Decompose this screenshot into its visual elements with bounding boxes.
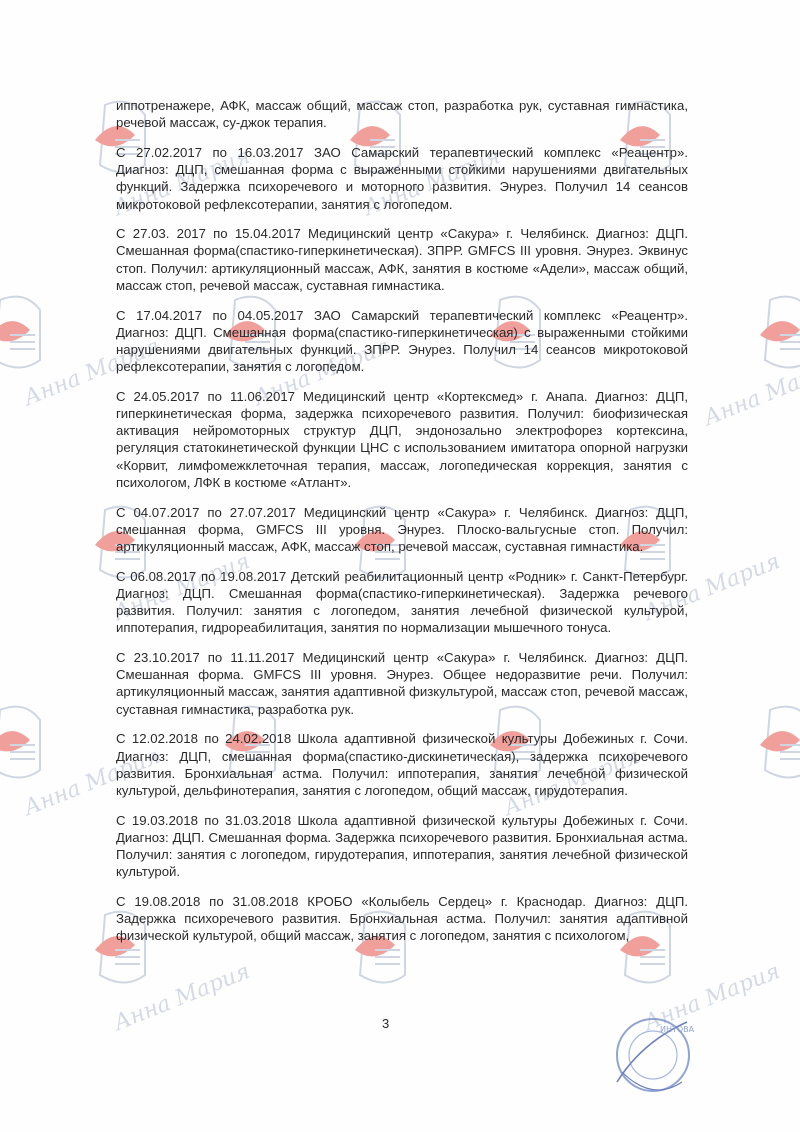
- watermark-logo-icon: [750, 290, 800, 410]
- document-page: Анна Мария Анна Мария Анна Мария Анна Ма…: [0, 0, 800, 1132]
- treatment-entry: С 27.03. 2017 по 15.04.2017 Медицинский …: [116, 225, 688, 294]
- treatment-entry: С 12.02.2018 по 24.02.2018 Школа адаптив…: [116, 730, 688, 799]
- paragraph-continuation: иппотренажере, АФК, массаж общий, массаж…: [116, 97, 688, 131]
- treatment-entry: С 06.08.2017 по 19.08.2017 Детский реаби…: [116, 568, 688, 637]
- round-seal-stamp-icon: ИНТОВА: [612, 1012, 694, 1098]
- watermark-logo-icon: [750, 700, 800, 820]
- treatment-entry: С 27.02.2017 по 16.03.2017 ЗАО Самарский…: [116, 144, 688, 213]
- watermark-text: Анна Мария: [701, 354, 800, 431]
- document-body: иппотренажере, АФК, массаж общий, массаж…: [116, 97, 688, 957]
- treatment-entry: С 04.07.2017 по 27.07.2017 Медицинский ц…: [116, 504, 688, 556]
- treatment-entry: С 24.05.2017 по 11.06.2017 Медицинский ц…: [116, 388, 688, 491]
- watermark-text: Анна Мария: [111, 959, 254, 1036]
- watermark-logo-icon: [0, 290, 70, 410]
- svg-text:ИНТОВА: ИНТОВА: [660, 1025, 694, 1034]
- page-number: 3: [382, 1016, 389, 1031]
- treatment-entry: С 23.10.2017 по 11.11.2017 Медицинский ц…: [116, 649, 688, 718]
- watermark-logo-icon: [0, 700, 70, 820]
- treatment-entry: С 17.04.2017 по 04.05.2017 ЗАО Самарский…: [116, 307, 688, 376]
- treatment-entry: С 19.03.2018 по 31.03.2018 Школа адаптив…: [116, 812, 688, 881]
- treatment-entry: С 19.08.2018 по 31.08.2018 КРОБО «Колыбе…: [116, 893, 688, 945]
